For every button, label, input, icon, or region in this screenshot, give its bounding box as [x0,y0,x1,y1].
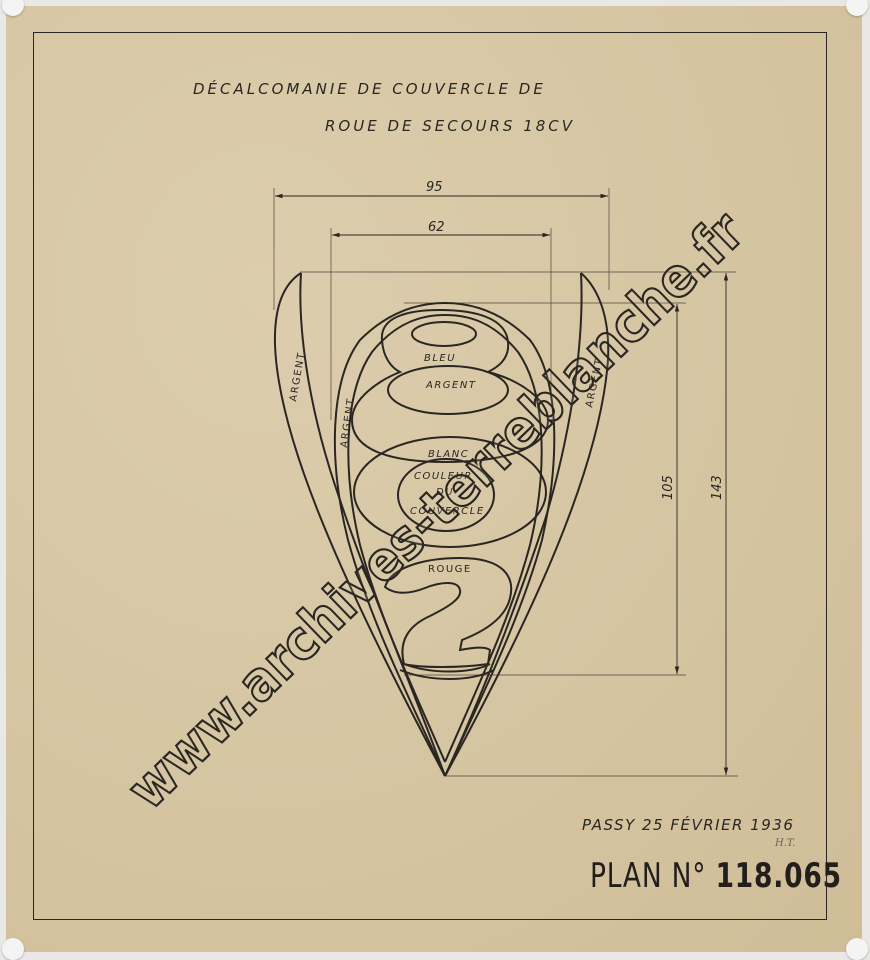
dimension-overall-height: 143 [710,475,725,500]
plan-number: 118.065 [716,856,842,896]
dimension-lines [275,196,726,775]
label-outer-left-argent: ARGENT [288,351,308,403]
place-date: PASSY 25 FÉVRIER 1936 [582,816,794,834]
digit-2-outline [385,558,511,679]
plan-prefix: PLAN N° [590,856,706,896]
shield-outline [275,273,608,776]
plan-number-block: PLAN N° 118.065 [590,856,842,896]
label-rouge: ROUGE [428,564,472,575]
dimension-inner-height: 105 [661,475,676,500]
label-couvercle: COUVERCLE [410,506,485,517]
label-argent-hole: ARGENT [425,380,476,391]
initials: H.T. [775,838,795,849]
dimension-overall-width: 95 [426,180,443,195]
label-couleur: COULEUR [414,471,473,482]
dimension-inner-width: 62 [428,220,445,235]
label-du: DU [436,487,454,498]
label-bleu: BLEU [424,353,456,364]
label-blanc: BLANC [428,449,469,460]
label-inner-left-argent: ARGENT [339,397,357,448]
